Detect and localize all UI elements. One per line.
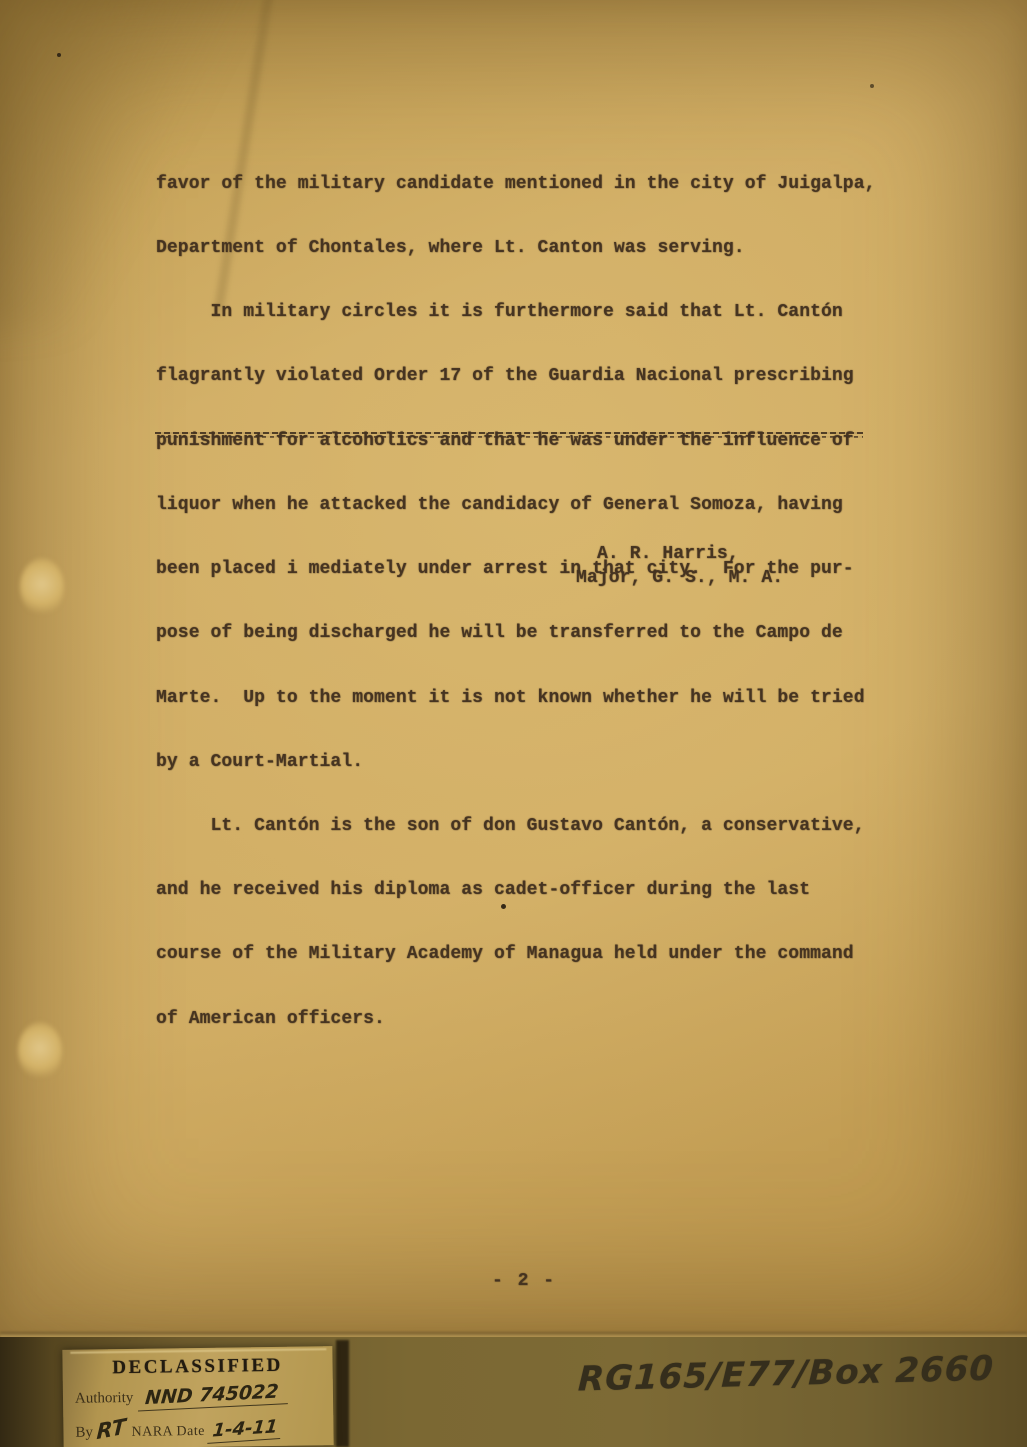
signature-name: A. R. Harris, (597, 544, 739, 564)
declassified-stamp: DECLASSIFIED AuthorityNND 745022 ByRTNAR… (62, 1346, 333, 1447)
typed-line: Marte. Up to the moment it is not known … (156, 688, 876, 709)
punch-hole-top (20, 558, 64, 616)
authority-handwritten-value: NND 745022 (138, 1380, 290, 1411)
by-label: By (75, 1424, 93, 1440)
punch-hole-bottom (18, 1022, 62, 1080)
document-photo: favor of the military candidate mentione… (0, 0, 1027, 1447)
typed-line: liquor when he attacked the candidacy of… (156, 495, 876, 516)
by-row: ByRTNARA Date1-4-11 (75, 1415, 282, 1444)
signature-title: Major, G. S., M. A. (576, 568, 783, 588)
typed-line: In military circles it is furthermore sa… (156, 302, 876, 323)
body-text: favor of the military candidate mentione… (156, 131, 876, 1073)
typed-line: and he received his diploma as cadet-off… (156, 880, 876, 901)
typed-line: Department of Chontales, where Lt. Canto… (156, 238, 876, 259)
ink-speck (870, 84, 874, 88)
typed-line: flagrantly violated Order 17 of the Guar… (156, 366, 876, 387)
authority-label: Authority (75, 1390, 134, 1407)
typed-line: course of the Military Academy of Managu… (156, 944, 876, 965)
nara-date-handwritten-value: 1-4-11 (208, 1416, 283, 1444)
ink-speck (57, 53, 61, 57)
typed-line: pose of being discharged he will be tran… (156, 623, 876, 644)
typed-line: favor of the military candidate mentione… (156, 174, 876, 195)
typed-line: Lt. Cantón is the son of don Gustavo Can… (156, 816, 876, 837)
authority-row: AuthorityNND 745022 (75, 1383, 289, 1410)
typed-line: by a Court-Martial. (156, 752, 876, 773)
typed-line: of American officers. (156, 1009, 876, 1030)
sheet-gap-shadow (336, 1340, 349, 1447)
by-handwritten-initials: RT (96, 1414, 126, 1444)
nara-date-label: NARA Date (131, 1424, 205, 1440)
typed-separator-rule (155, 432, 863, 438)
page-number: - 2 - (492, 1271, 556, 1291)
declassified-title: DECLASSIFIED (62, 1354, 332, 1380)
